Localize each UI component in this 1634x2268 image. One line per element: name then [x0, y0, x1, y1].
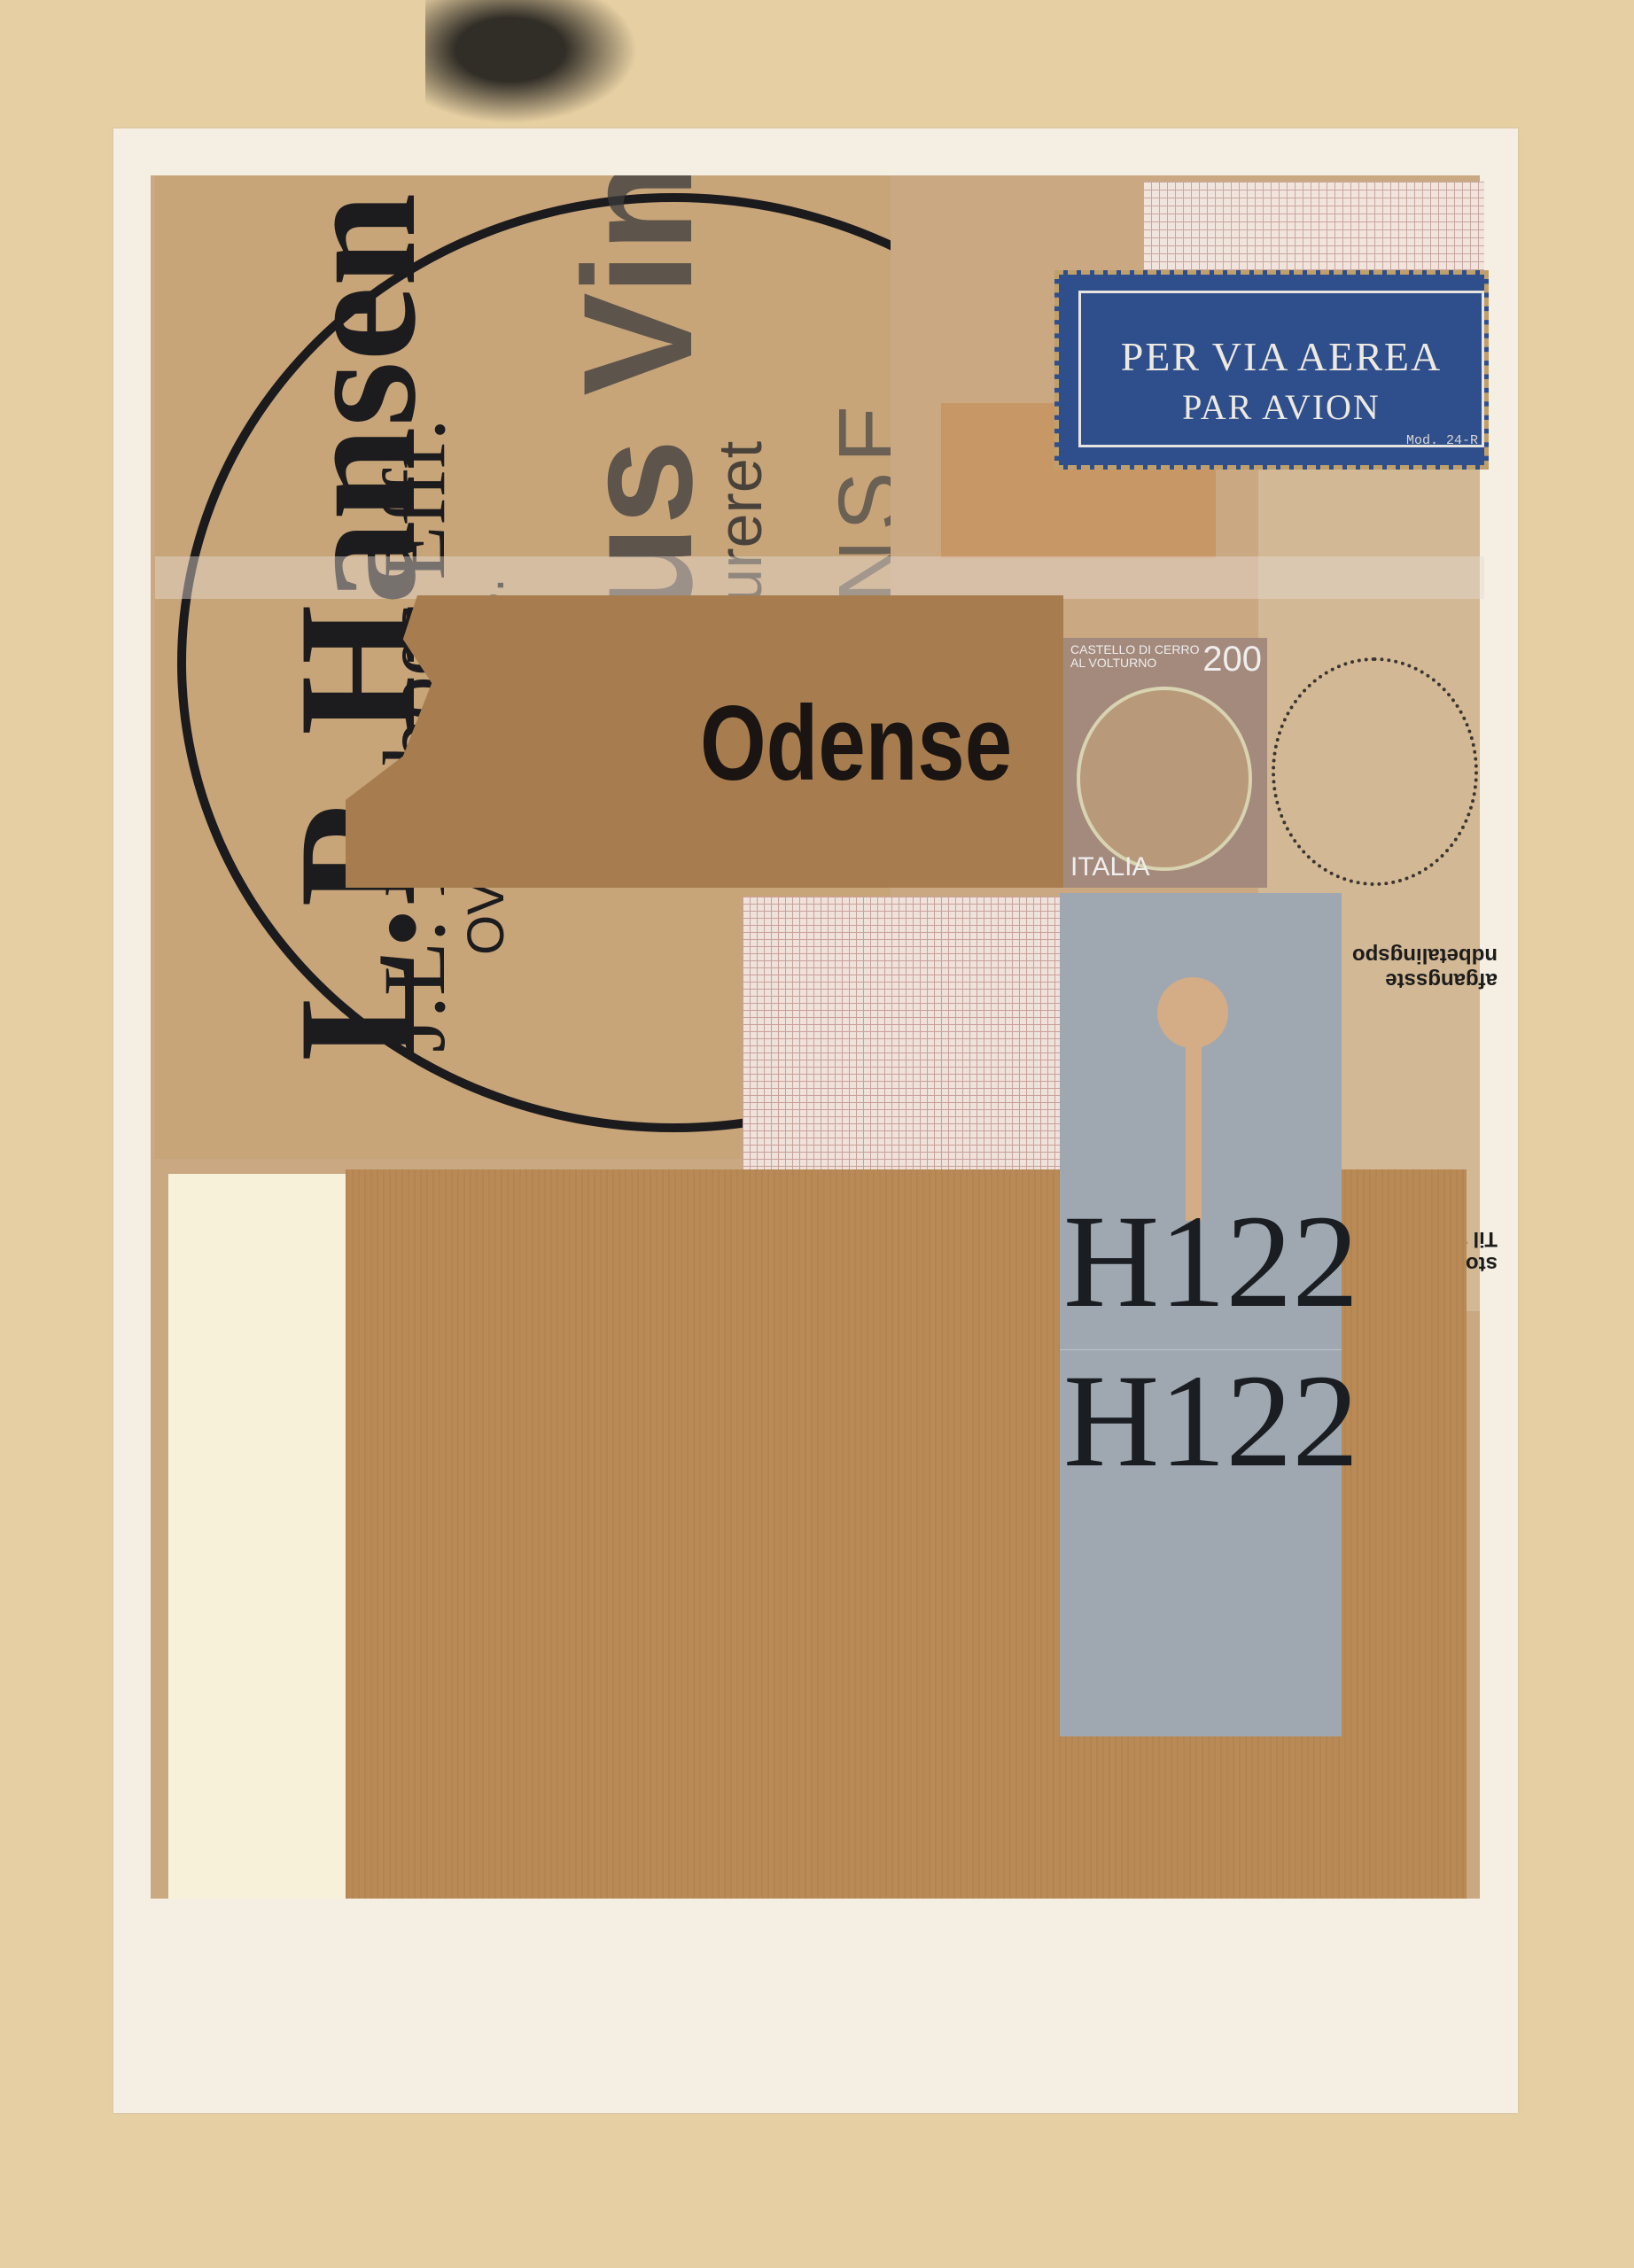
danish-text-upper: afgangsste ndbetalingspo — [1352, 943, 1498, 992]
airmail-line1: PER VIA AEREA — [1081, 333, 1482, 380]
postmark-circle — [1272, 657, 1478, 886]
castle-image — [1077, 687, 1252, 871]
danish-fragment: ndbetalingspo — [1352, 943, 1498, 967]
danish-fragment: afgangsste — [1352, 967, 1498, 992]
airmail-frame: PER VIA AEREA PAR AVION Mod. 24-R — [1078, 291, 1484, 447]
ticket-number-bottom: H122 — [1063, 1345, 1358, 1497]
stamp-denomination: 200 — [1202, 640, 1262, 680]
cream-paper-strip — [168, 1174, 346, 1899]
luggage-tag-text: Odense — [700, 682, 1012, 804]
tape-strip — [155, 556, 1484, 599]
ink-brushstroke — [425, 0, 638, 124]
ticket-number-top: H122 — [1063, 1185, 1358, 1338]
italian-stamp: CASTELLO DI CERRO AL VOLTURNO 200 ITALIA — [1063, 638, 1267, 888]
stamp-country: ITALIA — [1070, 852, 1149, 882]
airmail-form-code: Mod. 24-R — [1406, 433, 1478, 448]
cloakroom-ticket: H122 H122 — [1060, 893, 1342, 1736]
stamp-caption: CASTELLO DI CERRO AL VOLTURNO — [1070, 643, 1203, 670]
airmail-label: PER VIA AEREA PAR AVION Mod. 24-R — [1054, 270, 1489, 470]
airmail-line2: PAR AVION — [1081, 386, 1482, 428]
graph-paper-top — [1143, 182, 1484, 279]
